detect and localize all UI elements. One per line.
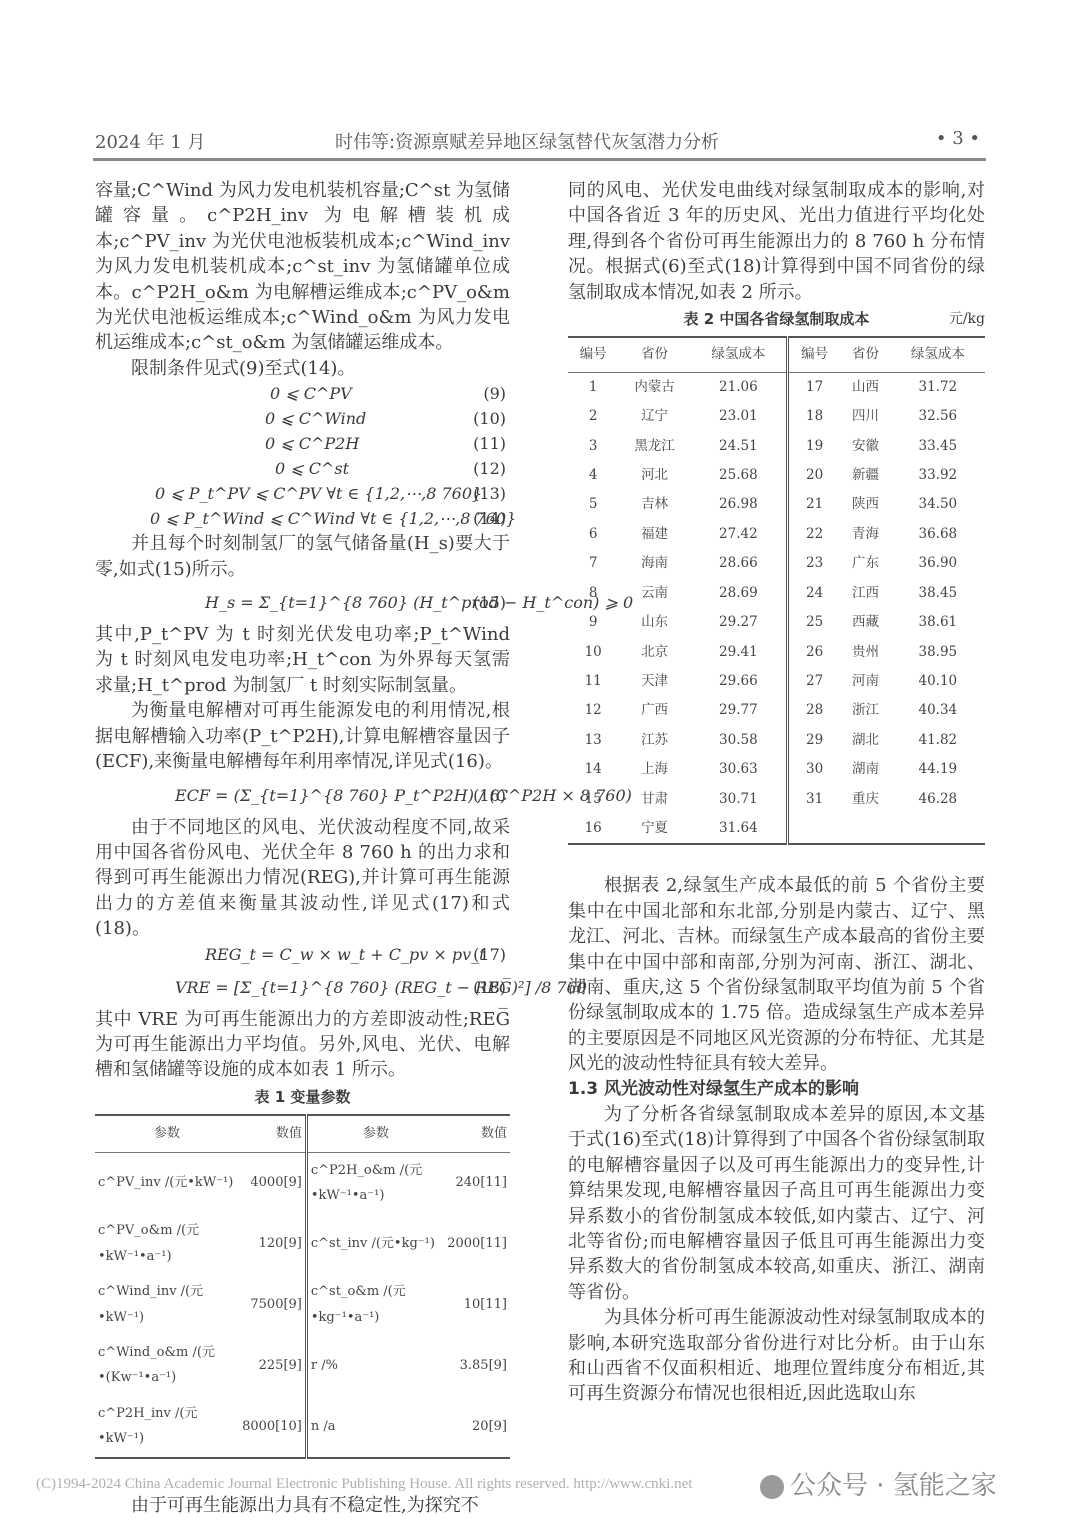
running-header: 2024 年 1 月 时伟等:资源禀赋差异地区绿氢替代灰氢潜力分析 • 3 •	[95, 128, 985, 158]
equation-18: VRE = [Σ_{t=1}^{8 760} (REG_t − REG̅)²] …	[95, 967, 510, 1007]
table-row: 13江苏30.5829湖北41.82	[568, 726, 985, 755]
table-row: 12广西29.7728浙江40.34	[568, 696, 985, 725]
paragraph: 为了分析各省绿氢制取成本差异的原因,本文基于式(16)至式(18)计算得到了中国…	[568, 1102, 985, 1305]
table-row: 7海南28.6623广东36.90	[568, 549, 985, 578]
paragraph: 其中 VRE 为可再生能源出力的方差即波动性;REG̅ 为可再生能源出力平均值。…	[95, 1007, 510, 1083]
table2-unit: 元/kg	[949, 307, 985, 332]
equation: 0 ⩽ C^Wind(10)	[95, 406, 510, 431]
table-row: 15甘肃30.7131重庆46.28	[568, 785, 985, 814]
paragraph: 为具体分析可再生能源波动性对绿氢制取成本的影响,本研究选取部分省份进行对比分析。…	[568, 1305, 985, 1407]
page-number: • 3 •	[936, 128, 980, 149]
table2-provincial-green-hydrogen-cost: 编号 省份 绿氢成本 编号 省份 绿氢成本 1内蒙古21.0617山西31.72…	[568, 336, 985, 845]
right-column: 同的风电、光伏发电曲线对绿氢制取成本的影响,对中国各省近 3 年的历史风、光出力…	[568, 178, 985, 1407]
table-row: 16宁夏31.64	[568, 814, 985, 844]
table-row: c^Wind_inv /(元•kW⁻¹)7500[9]c^st_o&m /(元•…	[95, 1274, 510, 1335]
paragraph: 其中,P_t^PV 为 t 时刻光伏发电功率;P_t^Wind 为 t 时刻风电…	[95, 622, 510, 698]
section-heading: 1.3 风光波动性对绿氢生产成本的影响	[568, 1077, 985, 1102]
table2-caption: 表 2 中国各省绿氢制取成本	[568, 307, 985, 332]
table-row: 10北京29.4126贵州38.95	[568, 638, 985, 667]
table-row: 14上海30.6330湖南44.19	[568, 755, 985, 784]
equation: 0 ⩽ P_t^Wind ⩽ C^Wind ∀t ∈ {1,2,⋯,8 760}…	[95, 506, 510, 531]
table-row: 8云南28.6924江西38.45	[568, 579, 985, 608]
equation: 0 ⩽ C^st(12)	[95, 456, 510, 481]
table-row: 2辽宁23.0118四川32.56	[568, 402, 985, 431]
paragraph: 容量;C^Wind 为风力发电机装机容量;C^st 为氢储罐容量。c^P2H_i…	[95, 178, 510, 356]
table2-caption-row: 表 2 中国各省绿氢制取成本 元/kg	[568, 307, 985, 332]
paragraph: 由于不同地区的风电、光伏波动程度不同,故采用中国各省份风电、光伏全年 8 760…	[95, 815, 510, 942]
table-row: c^PV_inv /(元•kW⁻¹)4000[9]c^P2H_o&m /(元•k…	[95, 1152, 510, 1213]
left-column: 容量;C^Wind 为风力发电机装机容量;C^st 为氢储罐容量。c^P2H_i…	[95, 178, 510, 1518]
paragraph: 由于可再生能源出力具有不稳定性,为探究不	[95, 1493, 510, 1518]
table-row: 6福建27.4222青海36.68	[568, 520, 985, 549]
table-row: 3黑龙江24.5119安徽33.45	[568, 432, 985, 461]
table-row: c^PV_o&m /(元•kW⁻¹•a⁻¹)120[9]c^st_inv /(元…	[95, 1213, 510, 1274]
table-row: 11天津29.6627河南40.10	[568, 667, 985, 696]
constraint-equations: 0 ⩽ C^PV(9)0 ⩽ C^Wind(10)0 ⩽ C^P2H(11)0 …	[95, 381, 510, 531]
table-row: 1内蒙古21.0617山西31.72	[568, 372, 985, 402]
header-rule	[93, 158, 986, 161]
watermark: 公众号 · 氢能之家	[760, 1465, 997, 1502]
table-row: 4河北25.6820新疆33.92	[568, 461, 985, 490]
paragraph: 限制条件见式(9)至式(14)。	[95, 356, 510, 381]
table-row: c^Wind_o&m /(元•(Kw⁻¹•a⁻¹)225[9]r /%3.85[…	[95, 1335, 510, 1396]
table-row: 9山东29.2725西藏38.61	[568, 608, 985, 637]
wechat-icon	[760, 1475, 784, 1499]
table-row: 5吉林26.9821陕西34.50	[568, 490, 985, 519]
equation-15: H_s = Σ_{t=1}^{8 760} (H_t^prod − H_t^co…	[95, 582, 510, 622]
paragraph: 根据表 2,绿氢生产成本最低的前 5 个省份主要集中在中国北部和东北部,分别是内…	[568, 873, 985, 1076]
paragraph: 同的风电、光伏发电曲线对绿氢制取成本的影响,对中国各省近 3 年的历史风、光出力…	[568, 178, 985, 305]
table-row: c^P2H_inv /(元•kW⁻¹)8000[10]n /a20[9]	[95, 1396, 510, 1458]
running-title: 时伟等:资源禀赋差异地区绿氢替代灰氢潜力分析	[335, 128, 719, 154]
copyright-footer: (C)1994-2024 China Academic Journal Elec…	[36, 1476, 692, 1493]
table1-caption: 表 1 变量参数	[95, 1085, 510, 1110]
paragraph: 为衡量电解槽对可再生能源发电的利用情况,根据电解槽输入功率(P_t^P2H),计…	[95, 698, 510, 774]
issue-date: 2024 年 1 月	[95, 128, 205, 154]
paragraph: 并且每个时刻制氢厂的氢气储备量(H_s)要大于零,如式(15)所示。	[95, 531, 510, 582]
equation-17: REG_t = C_w × w_t + C_pv × pv_t (17)	[95, 942, 510, 967]
equation: 0 ⩽ P_t^PV ⩽ C^PV ∀t ∈ {1,2,⋯,8 760}(13)	[95, 481, 510, 506]
equation: 0 ⩽ C^P2H(11)	[95, 431, 510, 456]
equation: 0 ⩽ C^PV(9)	[95, 381, 510, 406]
equation-16: ECF = (Σ_{t=1}^{8 760} P_t^P2H) / (C^P2H…	[95, 775, 510, 815]
table1-variable-parameters: 参数 数值 参数 数值 c^PV_inv /(元•kW⁻¹)4000[9]c^P…	[95, 1114, 510, 1458]
